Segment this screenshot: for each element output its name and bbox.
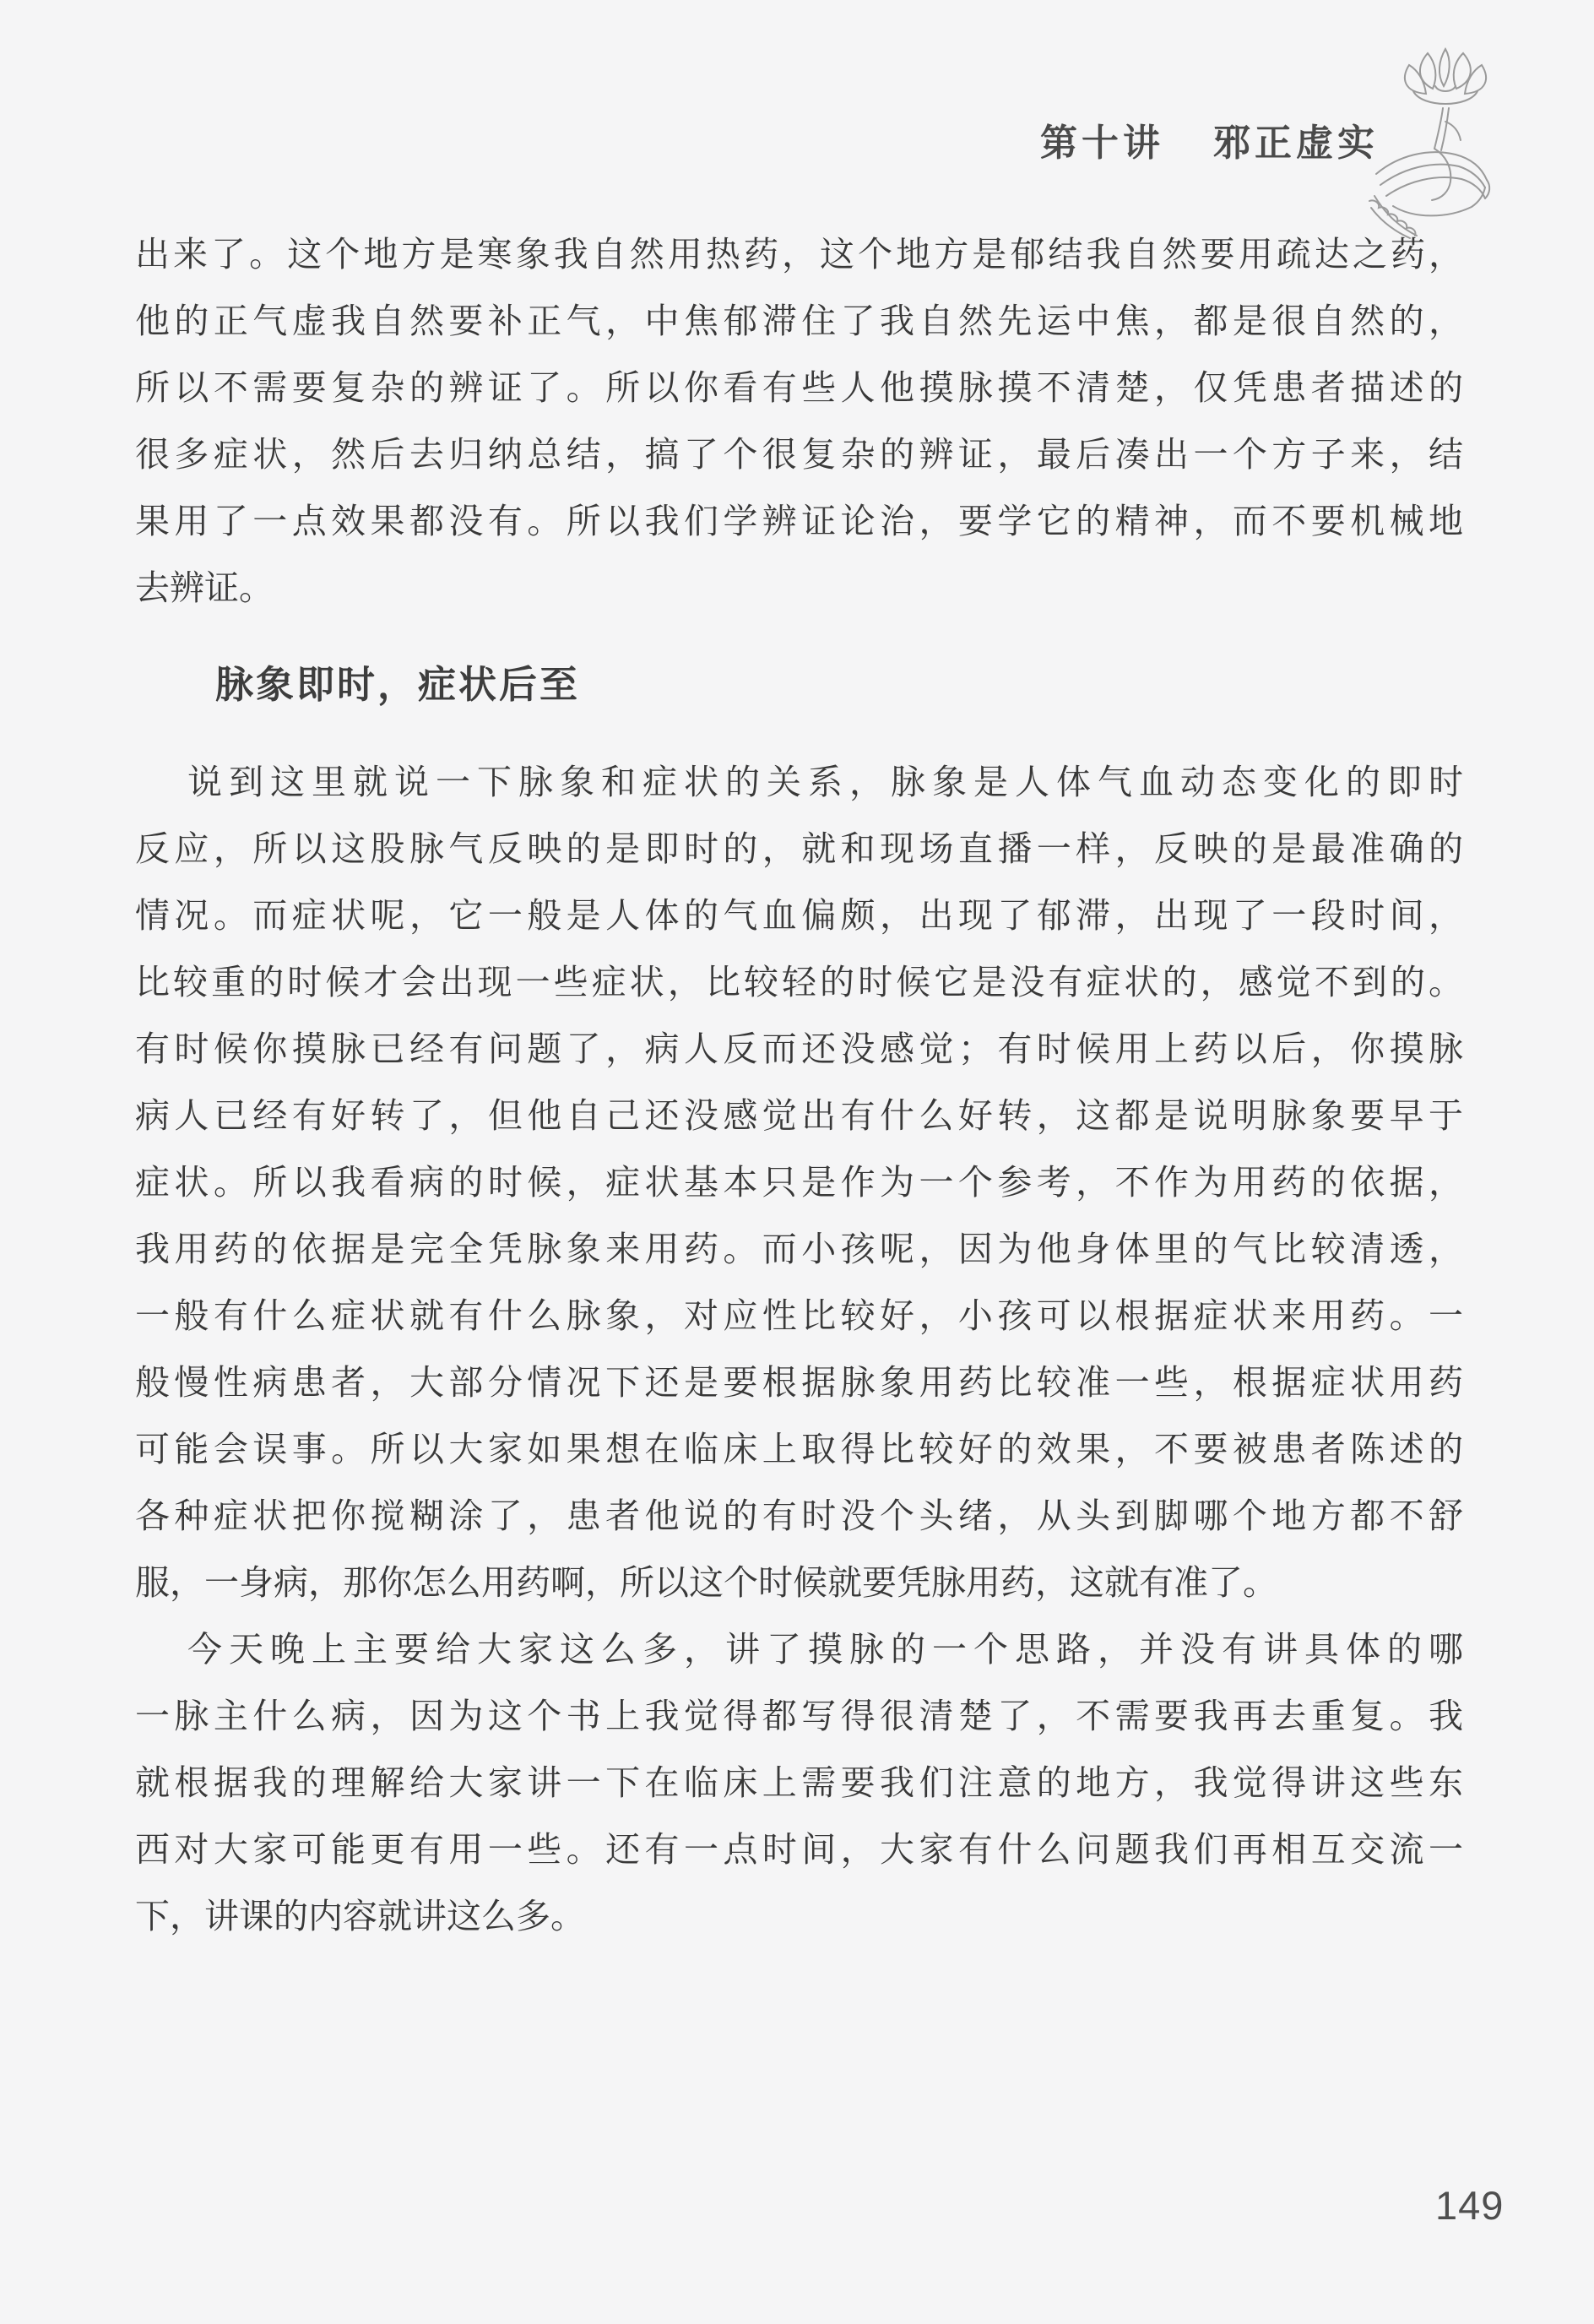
- text-line: 病人已经有好转了，但他自己还没感觉出有什么好转，这都是说明脉象要早于: [135, 1083, 1463, 1149]
- text-line: 说到这里就说一下脉象和症状的关系，脉象是人体气血动态变化的即时: [135, 749, 1463, 816]
- text-line: 所以不需要复杂的辨证了。所以你看有些人他摸脉摸不清楚，仅凭患者描述的: [135, 355, 1463, 421]
- chapter-header: 第十讲邪正虚实: [1040, 120, 1379, 167]
- section-heading: 脉象即时，症状后至: [135, 652, 1463, 719]
- text-line: 各种症状把你搅糊涂了，患者他说的有时没个头绪，从头到脚哪个地方都不舒: [135, 1483, 1463, 1550]
- paragraph-1: 出来了。这个地方是寒象我自然用热药，这个地方是郁结我自然要用疏达之药， 他的正气…: [135, 221, 1463, 622]
- chapter-title: 邪正虚实: [1213, 122, 1379, 164]
- book-page: 第十讲邪正虚实: [0, 0, 1594, 2324]
- text-line: 果用了一点效果都没有。所以我们学辨证论治，要学它的精神，而不要机械地: [135, 488, 1463, 555]
- paragraph-3: 今天晚上主要给大家这么多，讲了摸脉的一个思路，并没有讲具体的哪 一脉主什么病，因…: [135, 1616, 1463, 1950]
- text-line: 症状。所以我看病的时候，症状基本只是作为一个参考，不作为用药的依据，: [135, 1149, 1463, 1216]
- text-line: 去辨证。: [135, 555, 1463, 622]
- text-line: 情况。而症状呢，它一般是人体的气血偏颇，出现了郁滞，出现了一段时间，: [135, 882, 1463, 949]
- text-line: 般慢性病患者，大部分情况下还是要根据脉象用药比较准一些，根据症状用药: [135, 1349, 1463, 1416]
- text-line: 下，讲课的内容就讲这么多。: [135, 1883, 1463, 1950]
- paragraph-2: 说到这里就说一下脉象和症状的关系，脉象是人体气血动态变化的即时 反应，所以这股脉…: [135, 749, 1463, 1616]
- page-number: 149: [1435, 2182, 1504, 2229]
- text-line: 有时候你摸脉已经有问题了，病人反而还没感觉；有时候用上药以后，你摸脉: [135, 1016, 1463, 1083]
- text-line: 西对大家可能更有用一些。还有一点时间，大家有什么问题我们再相互交流一: [135, 1816, 1463, 1883]
- text-line: 出来了。这个地方是寒象我自然用热药，这个地方是郁结我自然要用疏达之药，: [135, 221, 1463, 288]
- page-body: 出来了。这个地方是寒象我自然用热药，这个地方是郁结我自然要用疏达之药， 他的正气…: [135, 221, 1463, 1950]
- text-line: 我用药的依据是完全凭脉象来用药。而小孩呢，因为他身体里的气比较清透，: [135, 1216, 1463, 1283]
- text-line: 就根据我的理解给大家讲一下在临床上需要我们注意的地方，我觉得讲这些东: [135, 1750, 1463, 1816]
- text-line: 服，一身病，那你怎么用药啊，所以这个时候就要凭脉用药，这就有准了。: [135, 1550, 1463, 1616]
- text-line: 一般有什么症状就有什么脉象，对应性比较好，小孩可以根据症状来用药。一: [135, 1283, 1463, 1349]
- text-line: 反应，所以这股脉气反映的是即时的，就和现场直播一样，反映的是最准确的: [135, 816, 1463, 882]
- text-line: 比较重的时候才会出现一些症状，比较轻的时候它是没有症状的，感觉不到的。: [135, 949, 1463, 1016]
- text-line: 可能会误事。所以大家如果想在临床上取得比较好的效果，不要被患者陈述的: [135, 1416, 1463, 1483]
- text-line: 一脉主什么病，因为这个书上我觉得都写得很清楚了，不需要我再去重复。我: [135, 1683, 1463, 1750]
- hand-holding-lotus-icon: [1361, 41, 1511, 247]
- text-line: 今天晚上主要给大家这么多，讲了摸脉的一个思路，并没有讲具体的哪: [135, 1616, 1463, 1683]
- chapter-number: 第十讲: [1040, 122, 1164, 164]
- text-line: 很多症状，然后去归纳总结，搞了个很复杂的辨证，最后凑出一个方子来，结: [135, 421, 1463, 488]
- text-line: 他的正气虚我自然要补正气，中焦郁滞住了我自然先运中焦，都是很自然的，: [135, 288, 1463, 355]
